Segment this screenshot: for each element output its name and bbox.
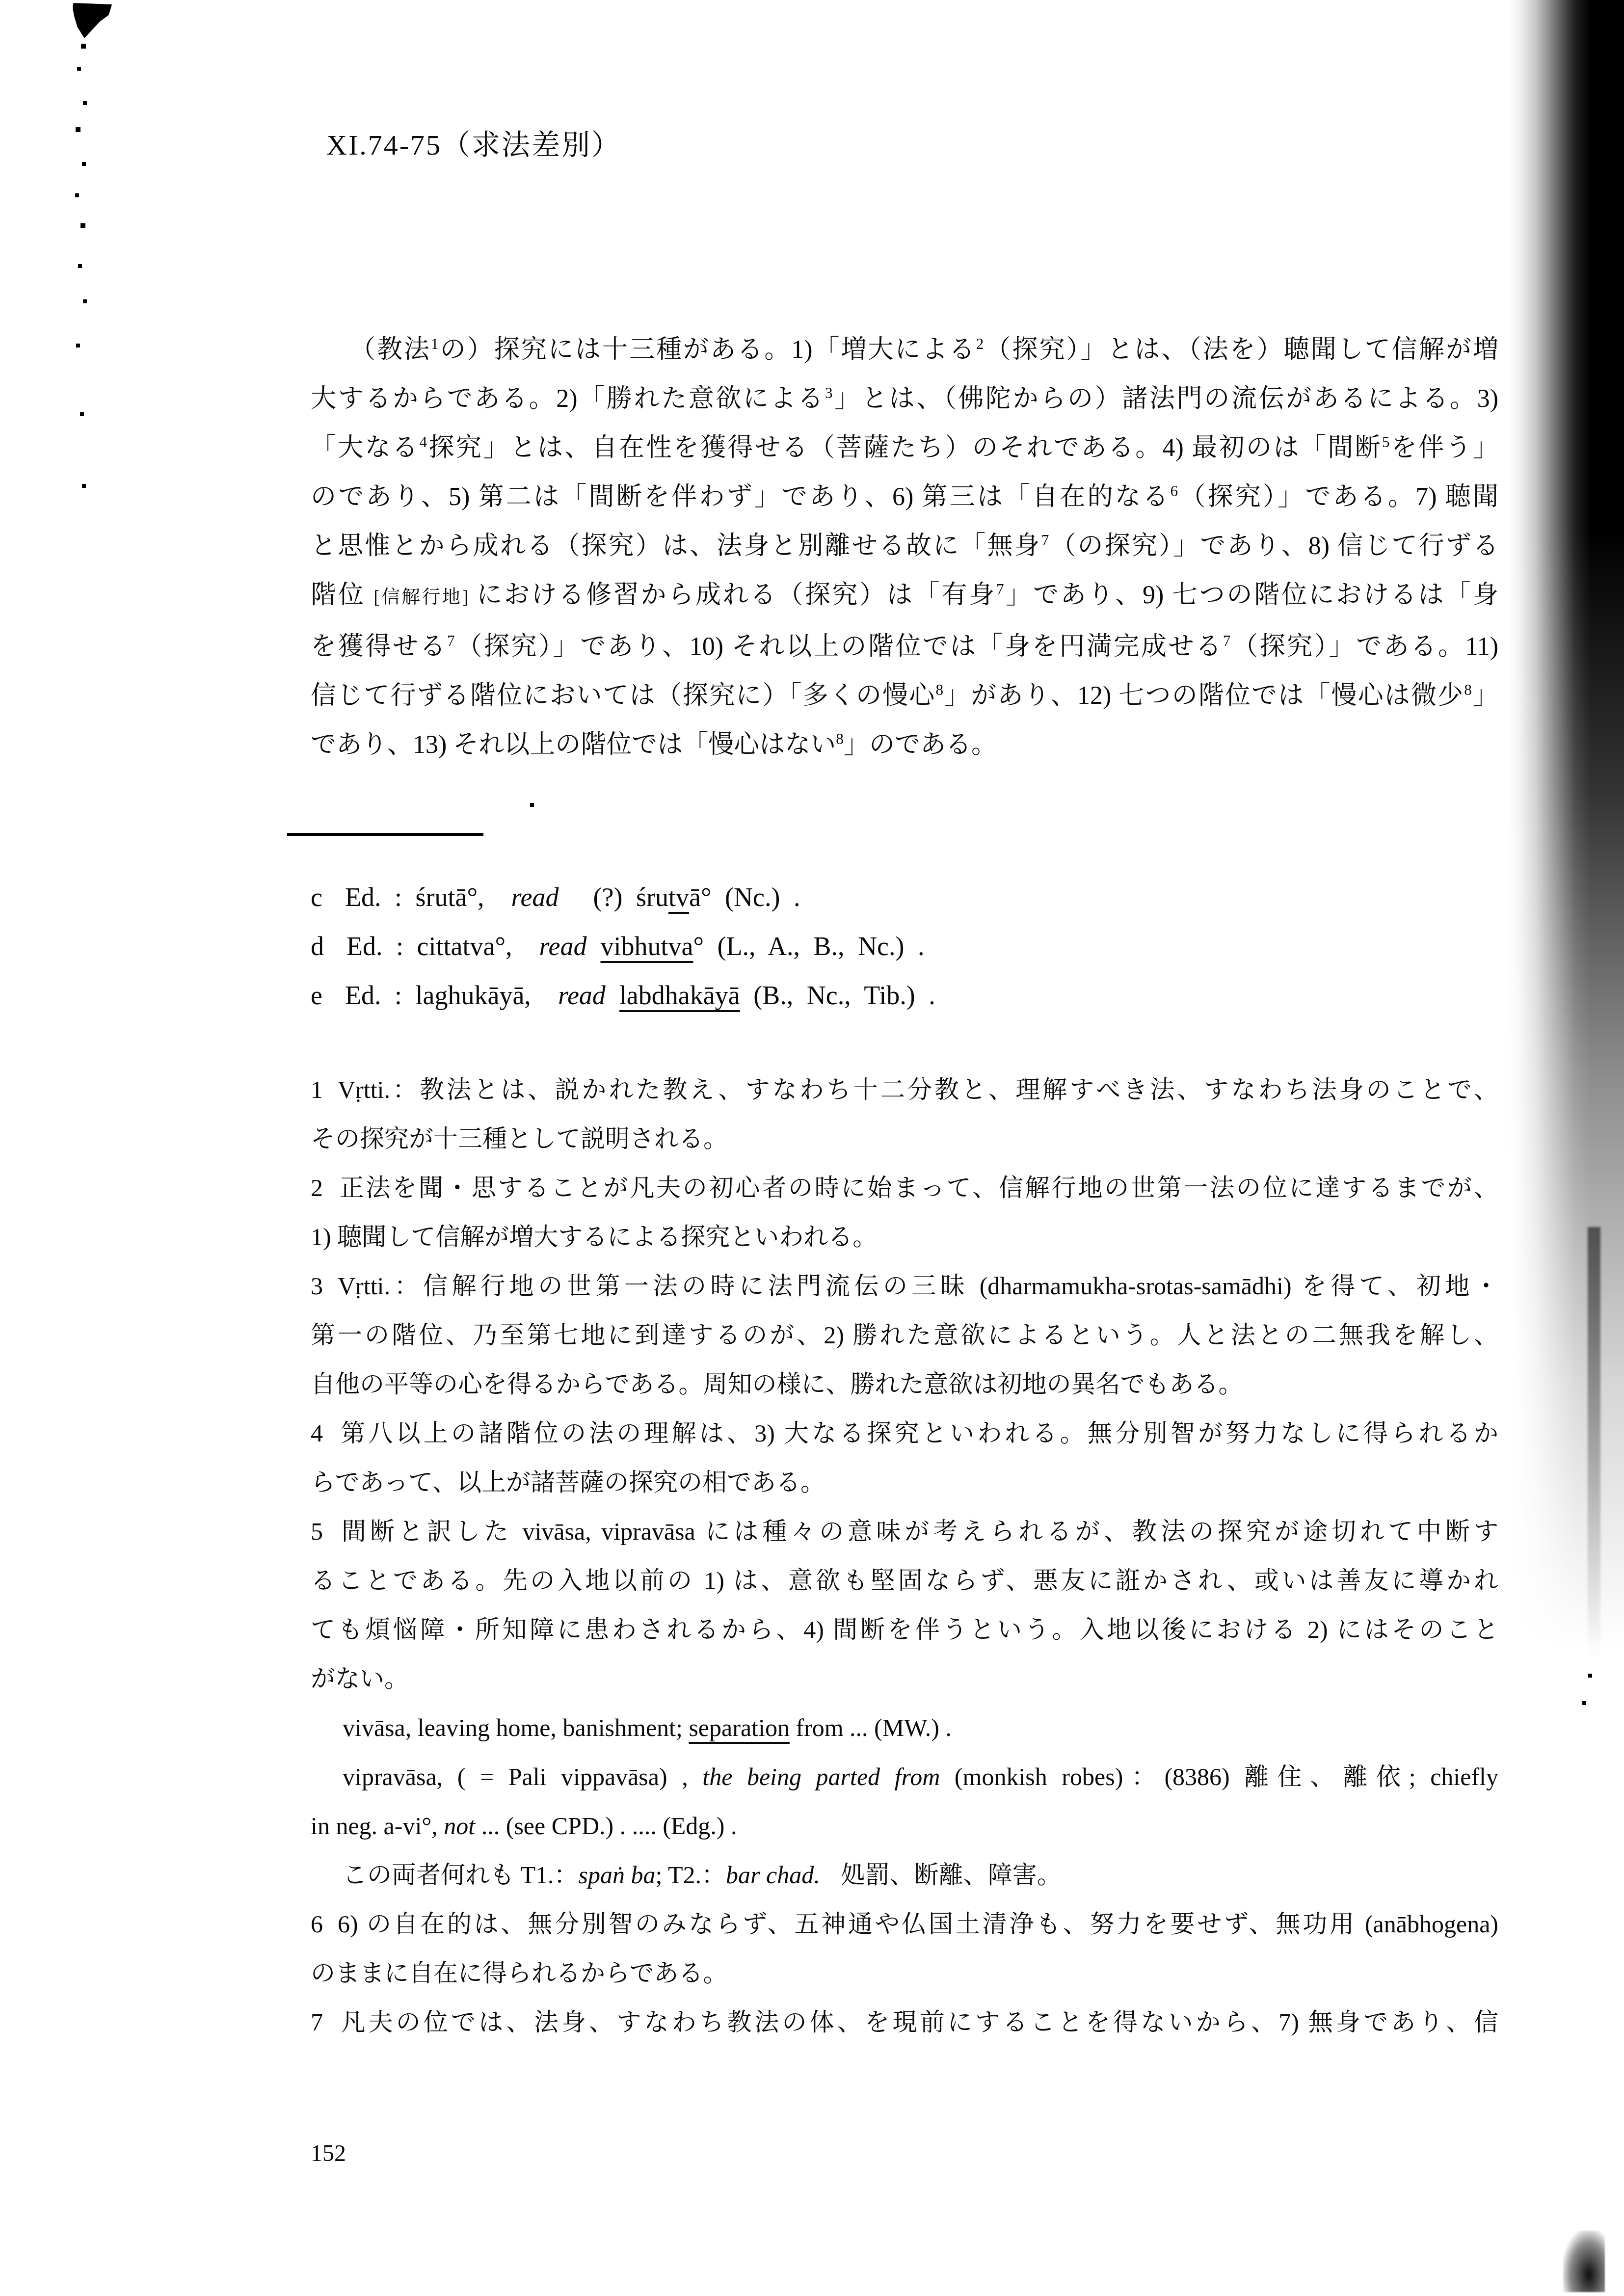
footnote-marker: 3 [825, 384, 833, 401]
text-run: 」があり、12) 七つの階位では「慢心は微少 [943, 682, 1464, 710]
scan-shadow-right-tail [1588, 1227, 1600, 1659]
footnote-marker: 8 [935, 681, 943, 698]
text-run: の）探究には十三種がある。1)「増大による [439, 336, 976, 364]
text-run: のであり、5) 第二は「間断を伴わず」であり、6) 第三は「自在的なる [311, 483, 1170, 511]
scanned-page: XI.74-75（求法差別） （教法1の）探究には十三種がある。1)「増大による… [0, 0, 1624, 2296]
text-run: （教法 [350, 336, 431, 364]
text-run: ° (L., A., B., Nc.) . [693, 932, 924, 961]
text-run: 階位 [311, 581, 373, 609]
scan-shadow-right-edge [1509, 0, 1624, 1649]
text-run: 信じて行ずる階位においては（探究に）「多くの慢心 [311, 682, 935, 710]
text-run: (monkish robes)：(8386) 離住、離依; chiefly [940, 1763, 1498, 1790]
text-line: 1) 聴聞して信解が増大するによる探究といわれる。 [311, 1212, 1498, 1261]
text-run: における修習から成れる（探究）は「有身 [468, 581, 996, 609]
text-run: 「大なる [311, 434, 420, 462]
scan-speckles [0, 0, 2, 2]
footnote-marker: 1 [431, 335, 439, 352]
text-run: 第一の階位、乃至第七地に到達するのが、2) 勝れた意欲によるという。人と法との二… [311, 1321, 1498, 1349]
text-run: (?) śru [593, 882, 668, 912]
text-run: 5 [311, 1518, 323, 1545]
text-run: Vṛtti.：教法とは、説かれた教え、すなわち十二分教と、理解すべき法、すなわち… [338, 1076, 1498, 1103]
scan-blot-top-left [73, 3, 112, 38]
text-run: ā° (Nc.) . [689, 882, 800, 912]
text-run: d [311, 932, 324, 961]
text-run: 処罰、断離、障害。 [841, 1861, 1062, 1889]
text-run: らであって、以上が諸菩薩の探究の相である。 [311, 1468, 825, 1496]
text-line: 66) の自在的は、無分別智のみならず、五神通や仏国土清浄も、努力を要せず、無功… [311, 1899, 1498, 1949]
text-run: vipravāsa, ( = Pali vippavāsa) , [343, 1763, 702, 1790]
text-line: 7凡夫の位では、法身、すなわち教法の体、を現前にすることを得ないから、7) 無身… [311, 1998, 1498, 2047]
text-line: cEd. : śrutā°,read(?) śrutvā° (Nc.) . [311, 873, 1498, 922]
text-line: と思惟とから成れる（探究）は、法身と別離せる故に「無身7（の探究）」であり、8)… [311, 522, 1498, 571]
text-line: eEd. : laghukāyā,readlabdhakāyā (B., Nc.… [311, 971, 1498, 1020]
footnote-marker: 7 [447, 632, 455, 649]
footnote-marker: 5 [1382, 433, 1390, 451]
text-run: ; T2.： [656, 1861, 726, 1889]
text-line: のままに自在に得られるからである。 [311, 1949, 1498, 1998]
text-run: 6) の自在的は、無分別智のみならず、五神通や仏国土清浄も、努力を要せず、無功用… [338, 1910, 1498, 1938]
text-line: （教法1の）探究には十三種がある。1)「増大による2（探究）」とは、（法を）聴聞… [311, 325, 1498, 374]
text-line: 自他の平等の心を得るからである。周知の様に、勝れた意欲は初地の異名でもある。 [311, 1360, 1498, 1409]
text-line: ても煩悩障・所知障に患わされるから、4) 間断を伴うという。入地以後における 2… [311, 1605, 1498, 1654]
underlined-run: tv [668, 882, 689, 912]
text-line: 階位 [信解行地] における修習から成れる（探究）は「有身7」であり、9) 七つ… [311, 571, 1498, 622]
footnote-marker: 2 [976, 335, 984, 352]
text-line: 「大なる4探究」とは、自在性を獲得せる（菩薩たち）のそれである。4) 最初のは「… [311, 424, 1498, 473]
text-line: 1Vṛtti.：教法とは、説かれた教え、すなわち十二分教と、理解すべき法、すなわ… [311, 1065, 1498, 1114]
text-run: e [311, 981, 322, 1010]
text-line: のであり、5) 第二は「間断を伴わず」であり、6) 第三は「自在的なる6（探究）… [311, 473, 1498, 522]
text-run: 探究」とは、自在性を獲得せる（菩薩たち）のそれである。4) 最初のは「間断 [427, 434, 1382, 462]
italic-run: spaṅ ba [579, 1861, 656, 1889]
text-line: ることである。先の入地以前の 1) は、意欲も堅固ならず、悪友に誑かされ、或いは… [311, 1556, 1498, 1605]
text-line: この両者何れも T1.：spaṅ ba; T2.：bar chad.処罰、断離、… [311, 1850, 1498, 1899]
text-run: 7 [311, 2008, 323, 2036]
italic-run: read [511, 882, 559, 912]
text-run: 正法を聞・思することが凡夫の初心者の時に始まって、信解行地の世第一法の位に達する… [338, 1174, 1498, 1201]
text-run: ることである。先の入地以前の 1) は、意欲も堅固ならず、悪友に誑かされ、或いは… [311, 1567, 1498, 1594]
text-line: vipravāsa, ( = Pali vippavāsa) , the bei… [311, 1752, 1498, 1801]
footnote-separator-rule [287, 833, 483, 836]
main-paragraph: （教法1の）探究には十三種がある。1)「増大による2（探究）」とは、（法を）聴聞… [311, 325, 1498, 770]
text-run: 」 [1472, 682, 1498, 710]
text-line: 信じて行ずる階位においては（探究に）「多くの慢心8」があり、12) 七つの階位で… [311, 671, 1498, 721]
italic-run: bar chad. [726, 1861, 820, 1889]
text-run: その探究が十三種として説明される。 [311, 1125, 728, 1152]
text-run: を伴う」 [1389, 434, 1498, 462]
text-run: 」のである。 [844, 731, 997, 759]
text-run: 第八以上の諸階位の法の理解は、3) 大なる探究といわれる。無分別智が努力なしに得… [338, 1419, 1498, 1447]
text-run: (B., Nc., Tib.) . [740, 981, 935, 1010]
text-line: dEd. : cittatva°,readvibhutva° (L., A., … [311, 922, 1498, 971]
text-run: 大するからである。2)「勝れた意欲による [311, 385, 825, 413]
text-run: 1 [311, 1076, 323, 1103]
text-run: （探究）」である。11) [1230, 633, 1498, 661]
footnote-marker: 7 [996, 581, 1004, 598]
page-number: 152 [311, 2129, 346, 2178]
text-run: 」であり、9) 七つの階位におけるは「身 [1004, 581, 1498, 609]
italic-run: not [444, 1812, 475, 1840]
text-run: 3 [311, 1272, 323, 1300]
text-line: 5間断と訳した vivāsa, vipravāsa には種々の意味が考えられるが… [311, 1507, 1498, 1556]
footnote-marker: 7 [1041, 532, 1049, 549]
critical-apparatus: cEd. : śrutā°,read(?) śrutvā° (Nc.) .dEd… [311, 873, 1498, 1020]
text-run: ても煩悩障・所知障に患わされるから、4) 間断を伴うという。入地以後における 2… [311, 1616, 1498, 1643]
text-line: を獲得せる7（探究）」であり、10) それ以上の階位では「身を円満完成せる7（探… [311, 622, 1498, 671]
text-run: 自他の平等の心を得るからである。周知の様に、勝れた意欲は初地の異名でもある。 [311, 1370, 1243, 1398]
text-line: 2正法を聞・思することが凡夫の初心者の時に始まって、信解行地の世第一法の位に達す… [311, 1163, 1498, 1212]
text-run: 2 [311, 1174, 323, 1201]
text-run: 1) 聴聞して信解が増大するによる探究といわれる。 [311, 1223, 877, 1251]
text-run: 4 [311, 1419, 323, 1447]
text-run: 間断と訳した vivāsa, vipravāsa には種々の意味が考えられるが、… [338, 1518, 1498, 1545]
section-heading: XI.74-75（求法差別） [326, 122, 621, 163]
text-run: Ed. : laghukāyā, [345, 981, 531, 1010]
scan-smudge-bottom-right [1563, 2231, 1605, 2292]
italic-run: read [558, 981, 606, 1010]
text-run: 凡夫の位では、法身、すなわち教法の体、を現前にすることを得ないから、7) 無身で… [338, 2008, 1498, 2036]
text-run: と思惟とから成れる（探究）は、法身と別離せる故に「無身 [311, 532, 1041, 560]
footnote-marker: 8 [836, 730, 844, 748]
underlined-run: labdhakāyā [619, 981, 740, 1010]
text-line: 4第八以上の諸階位の法の理解は、3) 大なる探究といわれる。無分別智が努力なしに… [311, 1409, 1498, 1458]
text-line: その探究が十三種として説明される。 [311, 1114, 1498, 1163]
text-run: （探究）」であり、10) それ以上の階位では「身を円満完成せる [455, 633, 1223, 661]
text-line: がない。 [311, 1654, 1498, 1703]
text-line: 第一の階位、乃至第七地に到達するのが、2) 勝れた意欲によるという。人と法との二… [311, 1310, 1498, 1360]
text-line: 大するからである。2)「勝れた意欲による3」とは、（佛陀からの）諸法門の流伝があ… [311, 374, 1498, 424]
text-run: Ed. : śrutā°, [345, 882, 484, 912]
small-bracket-run: [信解行地] [373, 587, 468, 608]
text-run: c [311, 882, 322, 912]
italic-run: the being parted from [702, 1763, 940, 1790]
italic-run: read [539, 932, 587, 961]
text-run: であり、13) それ以上の階位では「慢心はない [311, 731, 836, 759]
text-run: がない。 [311, 1665, 409, 1692]
text-line: vivāsa, leaving home, banishment; separa… [311, 1703, 1498, 1752]
text-run: ... (see CPD.) . .... (Edg.) . [475, 1812, 737, 1840]
text-line: in neg. a-vi°, not ... (see CPD.) . ....… [311, 1801, 1498, 1850]
footnote-marker: 6 [1170, 482, 1178, 500]
text-line: 3Vṛtti.：信解行地の世第一法の時に法門流伝の三昧 (dharmamukha… [311, 1261, 1498, 1310]
underlined-run: vibhutva [600, 932, 693, 961]
text-run: from ... (MW.) . [790, 1714, 952, 1741]
footnote-marker: 4 [420, 433, 427, 451]
text-run: （の探究）」であり、8) 信じて行ずる [1049, 532, 1498, 560]
underlined-run: separation [689, 1714, 789, 1741]
text-run: この両者何れも T1.： [343, 1861, 579, 1889]
text-run: を獲得せる [311, 633, 447, 661]
footnote-marker: 7 [1223, 632, 1231, 649]
text-run: 6 [311, 1910, 323, 1938]
text-run: Ed. : cittatva°, [346, 932, 512, 961]
footnotes: 1Vṛtti.：教法とは、説かれた教え、すなわち十二分教と、理解すべき法、すなわ… [311, 1065, 1498, 2047]
text-run: のままに自在に得られるからである。 [311, 1959, 728, 1987]
text-run: in neg. a-vi°, [311, 1812, 444, 1840]
text-run: （探究）」とは、（法を）聴聞して信解が増 [984, 336, 1498, 364]
text-line: らであって、以上が諸菩薩の探究の相である。 [311, 1458, 1498, 1507]
footnote-marker: 8 [1464, 681, 1472, 698]
text-run: Vṛtti.：信解行地の世第一法の時に法門流伝の三昧 (dharmamukha-… [338, 1272, 1498, 1300]
text-run: vivāsa, leaving home, banishment; [343, 1714, 689, 1741]
text-run: 」とは、（佛陀からの）諸法門の流伝があるによる。3) [833, 385, 1498, 413]
text-run: （探究）」である。7) 聴聞 [1178, 483, 1498, 511]
text-line: であり、13) それ以上の階位では「慢心はない8」のである。 [311, 721, 1498, 770]
